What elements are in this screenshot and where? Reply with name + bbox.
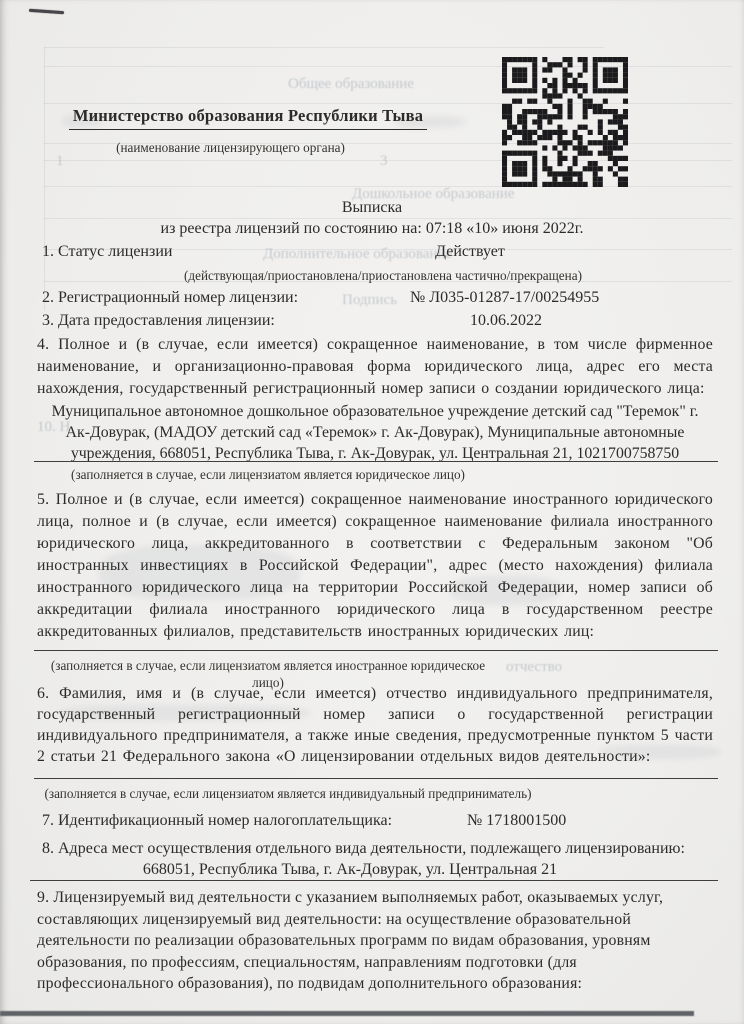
legal-entity-caption: (заполняется в случае, если лицензиатом … [38,466,498,483]
document-title: Выписка [20,199,724,217]
entrepreneur-text: 6. Фамилия, имя и (в случае, если имеетс… [37,683,713,767]
licensing-authority-name: Министерство образования Республики Тыва [38,106,458,130]
reg-number-value: № Л035-01287-17/00254955 [410,287,599,308]
fill-in-rule [34,461,718,462]
addresses-label: 8. Адреса мест осуществления отдельного … [42,838,685,859]
bleed-line [44,160,732,161]
bleed-text: отчество [506,659,562,676]
fill-in-rule [34,778,718,779]
document-page: Общее образование Дошкольное образование… [0,0,744,1024]
fill-in-rule [34,650,718,651]
bleed-line [44,47,604,48]
reg-number-label: 2. Регистрационный номер лицензии: [42,287,298,308]
bleed-text: Подпись [342,292,397,309]
document-subtitle: из реестра лицензий по состоянию на: 07:… [20,220,724,238]
addresses-value: 668051, Республика Тыва, г. Ак-Довурак, … [20,859,680,880]
legal-entity-value: Муниципальное автономное дошкольное обра… [38,401,712,464]
inn-value: № 1718001500 [467,810,566,831]
status-label: 1. Статус лицензии [42,241,172,262]
foreign-entity-text: 5. Полное и (в случае, если имеется) сок… [37,489,713,643]
table-edge-line [0,1011,694,1016]
activity-text: 9. Лицензируемый вид деятельности с указ… [37,887,717,995]
legal-entity-text: 4. Полное и (в случае, если имеется) сок… [37,334,713,400]
status-caption: (действующая/приостановлена/приостановле… [38,267,728,284]
authority-caption: (наименование лицензирующего органа) [38,139,423,156]
bleed-line [44,66,732,67]
bleed-line [44,103,732,104]
grant-date-label: 3. Дата предоставления лицензии: [42,310,275,331]
bleed-line [44,218,732,219]
bleed-text: Общее образование [288,76,414,93]
licensing-authority-text: Министерство образования Республики Тыва [69,106,427,130]
fill-in-rule [30,880,718,881]
grant-date-value: 10.06.2022 [470,310,542,331]
qr-code [502,57,628,187]
entrepreneur-caption: (заполняется в случае, если лицензиатом … [38,785,538,802]
inn-label: 7. Идентификационный номер налогоплатель… [42,810,392,831]
status-value: Действует [400,241,540,262]
